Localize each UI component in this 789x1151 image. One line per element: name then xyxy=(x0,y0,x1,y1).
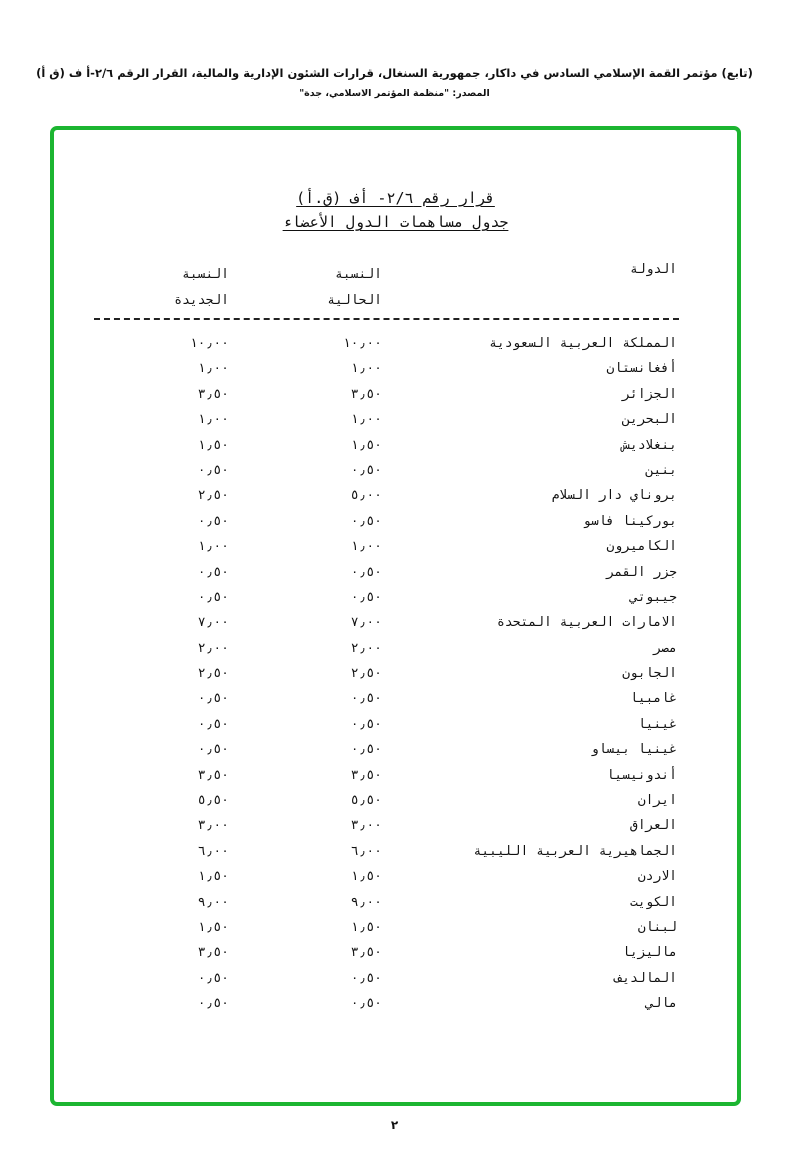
table-title: جدول مساهمات الدول الأعضاء xyxy=(54,210,737,234)
current-share: ٠٫٥٠ xyxy=(351,996,382,1011)
table-row: أندونيسيا٣٫٥٠٣٫٥٠ xyxy=(54,766,737,791)
country-name: بنين xyxy=(646,463,677,478)
country-name: جزر القمر xyxy=(607,565,677,580)
column-header-current-line2: الحالية xyxy=(327,288,382,314)
column-header-new-line1: النسبة xyxy=(174,262,229,288)
current-share: ٣٫٥٠ xyxy=(351,387,382,402)
country-name: الاردن xyxy=(638,869,677,884)
country-name: الامارات العربية المتحدة xyxy=(497,615,677,630)
new-share: ٧٫٠٠ xyxy=(198,615,229,630)
country-name: غينيا بيساو xyxy=(591,742,677,757)
country-name: بروناي دار السلام xyxy=(552,488,677,503)
table-row: لبنان١٫٥٠١٫٥٠ xyxy=(54,918,737,943)
table-row: الكويت٩٫٠٠٩٫٠٠ xyxy=(54,893,737,918)
current-share: ١٫٥٠ xyxy=(351,920,382,935)
country-name: الجزائر xyxy=(622,387,677,402)
new-share: ٠٫٥٠ xyxy=(198,996,229,1011)
current-share: ٥٫٠٠ xyxy=(351,488,382,503)
new-share: ٠٫٥٠ xyxy=(198,691,229,706)
header-source: المصدر: "منظمة المؤتمر الاسلامي، جدة" xyxy=(0,86,789,102)
current-share: ١٫٥٠ xyxy=(351,869,382,884)
column-header-current-line1: النسبة xyxy=(327,262,382,288)
current-share: ٥٫٥٠ xyxy=(351,793,382,808)
country-name: جيبوتي xyxy=(630,590,677,605)
country-name: العراق xyxy=(630,818,677,833)
current-share: ٠٫٥٠ xyxy=(351,971,382,986)
table-row: جيبوتي٠٫٥٠٠٫٥٠ xyxy=(54,588,737,613)
table-row: بروناي دار السلام٥٫٠٠٢٫٥٠ xyxy=(54,486,737,511)
country-name: الجابون xyxy=(622,666,677,681)
document-frame: قرار رقم ٢/٦- أف (ق.أ) جدول مساهمات الدو… xyxy=(50,126,741,1106)
new-share: ٠٫٥٠ xyxy=(198,717,229,732)
current-share: ٢٫٠٠ xyxy=(351,641,382,656)
new-share: ١٫٠٠ xyxy=(198,361,229,376)
country-name: ايران xyxy=(638,793,677,808)
column-header-new: النسبة الجديدة xyxy=(174,262,229,314)
new-share: ١٠٫٠٠ xyxy=(190,336,229,351)
current-share: ٠٫٥٠ xyxy=(351,514,382,529)
table-row: البحرين١٫٠٠١٫٠٠ xyxy=(54,410,737,435)
current-share: ٠٫٥٠ xyxy=(351,691,382,706)
table-row: بنين٠٫٥٠٠٫٥٠ xyxy=(54,461,737,486)
new-share: ٥٫٥٠ xyxy=(198,793,229,808)
current-share: ٠٫٥٠ xyxy=(351,565,382,580)
table-row: بنغلاديش١٫٥٠١٫٥٠ xyxy=(54,436,737,461)
current-share: ٠٫٥٠ xyxy=(351,742,382,757)
new-share: ١٫٠٠ xyxy=(198,539,229,554)
column-header-new-line2: الجديدة xyxy=(174,288,229,314)
table-row: جزر القمر٠٫٥٠٠٫٥٠ xyxy=(54,563,737,588)
current-share: ١٫٠٠ xyxy=(351,361,382,376)
new-share: ٣٫٥٠ xyxy=(198,945,229,960)
country-name: لبنان xyxy=(638,920,677,935)
column-header-current: النسبة الحالية xyxy=(327,262,382,314)
country-name: الكاميرون xyxy=(607,539,677,554)
current-share: ٣٫٥٠ xyxy=(351,945,382,960)
table-header: الدولة النسبة الحالية النسبة الجديدة xyxy=(54,262,737,314)
current-share: ١٫٠٠ xyxy=(351,412,382,427)
country-name: غينيا xyxy=(638,717,677,732)
current-share: ١٫٠٠ xyxy=(351,539,382,554)
new-share: ٣٫٥٠ xyxy=(198,387,229,402)
current-share: ٣٫٠٠ xyxy=(351,818,382,833)
new-share: ٣٫٠٠ xyxy=(198,818,229,833)
page-header: (تابع) مؤتمر القمة الإسلامي السادس في دا… xyxy=(0,64,789,102)
table-row: الكاميرون١٫٠٠١٫٠٠ xyxy=(54,537,737,562)
table-row: الجابون٢٫٥٠٢٫٥٠ xyxy=(54,664,737,689)
resolution-number: قرار رقم ٢/٦- أف (ق.أ) xyxy=(54,186,737,210)
table-row: مالي٠٫٥٠٠٫٥٠ xyxy=(54,994,737,1019)
country-name: غامبيا xyxy=(630,691,677,706)
new-share: ٦٫٠٠ xyxy=(198,844,229,859)
table-row: أفغانستان١٫٠٠١٫٠٠ xyxy=(54,359,737,384)
current-share: ٢٫٥٠ xyxy=(351,666,382,681)
country-name: ماليزيا xyxy=(622,945,677,960)
new-share: ١٫٥٠ xyxy=(198,438,229,453)
table-row: المملكة العربية السعودية١٠٫٠٠١٠٫٠٠ xyxy=(54,334,737,359)
new-share: ١٫٠٠ xyxy=(198,412,229,427)
document-title: قرار رقم ٢/٦- أف (ق.أ) جدول مساهمات الدو… xyxy=(54,186,737,234)
table-row: ايران٥٫٥٠٥٫٥٠ xyxy=(54,791,737,816)
new-share: ٠٫٥٠ xyxy=(198,971,229,986)
current-share: ٠٫٥٠ xyxy=(351,717,382,732)
table-row: الجزائر٣٫٥٠٣٫٥٠ xyxy=(54,385,737,410)
country-name: المملكة العربية السعودية xyxy=(489,336,677,351)
table-row: غينيا٠٫٥٠٠٫٥٠ xyxy=(54,715,737,740)
country-name: البحرين xyxy=(622,412,677,427)
table-row: ماليزيا٣٫٥٠٣٫٥٠ xyxy=(54,943,737,968)
country-name: بنغلاديش xyxy=(622,438,677,453)
current-share: ١٠٫٠٠ xyxy=(343,336,382,351)
country-name: مصر xyxy=(654,641,677,656)
new-share: ٠٫٥٠ xyxy=(198,514,229,529)
new-share: ٢٫٠٠ xyxy=(198,641,229,656)
table-row: غامبيا٠٫٥٠٠٫٥٠ xyxy=(54,689,737,714)
country-name: بوركينا فاسو xyxy=(583,514,677,529)
current-share: ٧٫٠٠ xyxy=(351,615,382,630)
new-share: ٠٫٥٠ xyxy=(198,565,229,580)
new-share: ٠٫٥٠ xyxy=(198,590,229,605)
header-divider xyxy=(94,318,679,320)
new-share: ١٫٥٠ xyxy=(198,869,229,884)
header-title: (تابع) مؤتمر القمة الإسلامي السادس في دا… xyxy=(0,64,789,82)
current-share: ٠٫٥٠ xyxy=(351,590,382,605)
current-share: ٣٫٥٠ xyxy=(351,768,382,783)
new-share: ٢٫٥٠ xyxy=(198,666,229,681)
table-row: الامارات العربية المتحدة٧٫٠٠٧٫٠٠ xyxy=(54,613,737,638)
table-row: غينيا بيساو٠٫٥٠٠٫٥٠ xyxy=(54,740,737,765)
new-share: ٠٫٥٠ xyxy=(198,463,229,478)
table-row: الجماهيرية العربية الليبية٦٫٠٠٦٫٠٠ xyxy=(54,842,737,867)
column-header-country: الدولة xyxy=(630,262,677,277)
new-share: ٠٫٥٠ xyxy=(198,742,229,757)
country-name: المالديف xyxy=(614,971,677,986)
table-row: مصر٢٫٠٠٢٫٠٠ xyxy=(54,639,737,664)
current-share: ١٫٥٠ xyxy=(351,438,382,453)
country-name: الجماهيرية العربية الليبية xyxy=(474,844,678,859)
new-share: ٣٫٥٠ xyxy=(198,768,229,783)
new-share: ٩٫٠٠ xyxy=(198,895,229,910)
new-share: ١٫٥٠ xyxy=(198,920,229,935)
table-row: العراق٣٫٠٠٣٫٠٠ xyxy=(54,816,737,841)
table-row: الاردن١٫٥٠١٫٥٠ xyxy=(54,867,737,892)
new-share: ٢٫٥٠ xyxy=(198,488,229,503)
page-number: ٢ xyxy=(0,1118,789,1132)
current-share: ٩٫٠٠ xyxy=(351,895,382,910)
table-row: بوركينا فاسو٠٫٥٠٠٫٥٠ xyxy=(54,512,737,537)
country-name: مالي xyxy=(646,996,677,1011)
table-row: المالديف٠٫٥٠٠٫٥٠ xyxy=(54,969,737,994)
contributions-table: المملكة العربية السعودية١٠٫٠٠١٠٫٠٠أفغانس… xyxy=(54,334,737,1020)
current-share: ٠٫٥٠ xyxy=(351,463,382,478)
current-share: ٦٫٠٠ xyxy=(351,844,382,859)
country-name: أندونيسيا xyxy=(607,768,677,783)
country-name: الكويت xyxy=(630,895,677,910)
country-name: أفغانستان xyxy=(607,361,677,376)
